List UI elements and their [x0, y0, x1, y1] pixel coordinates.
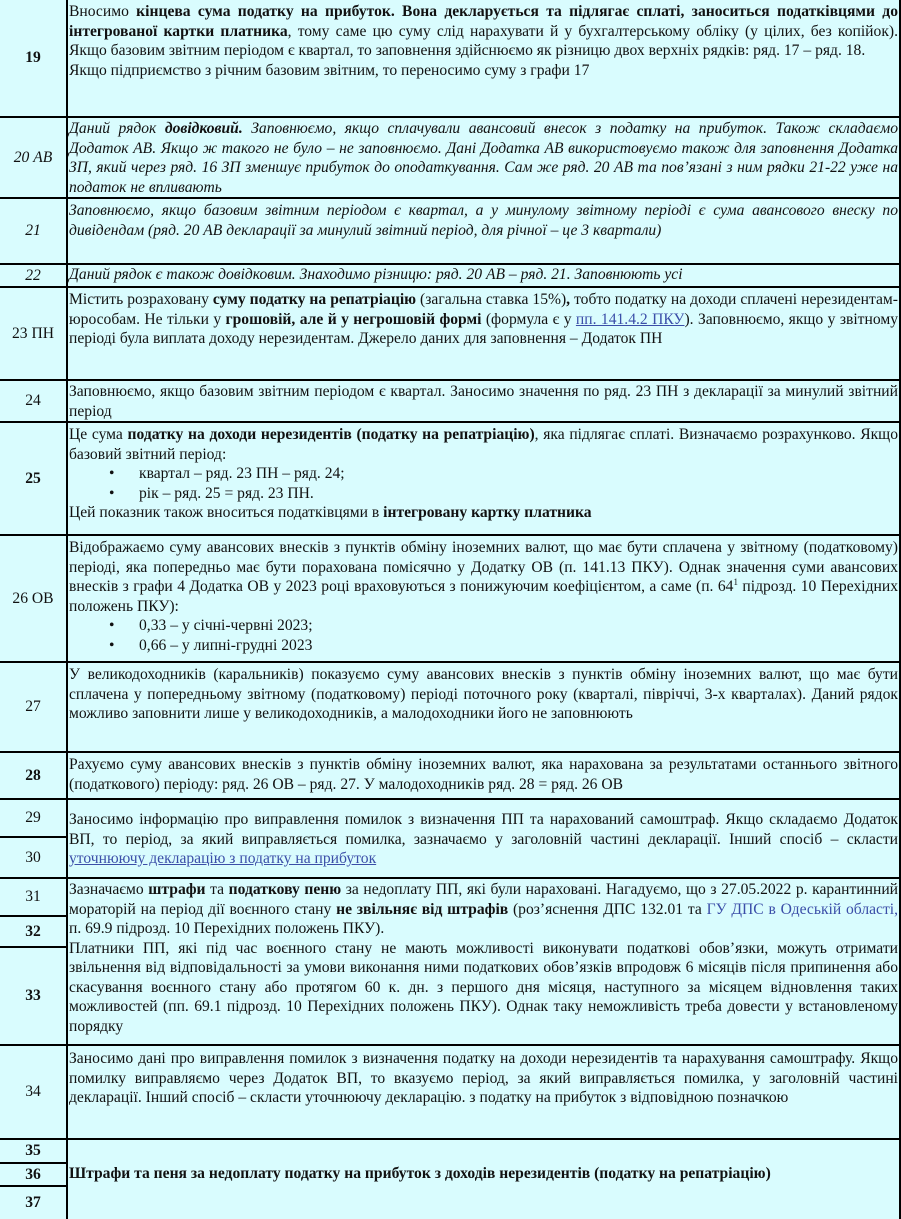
row-number-30: 30: [0, 838, 66, 877]
text: п. 69.9 підрозд. 10 Перехідних положень …: [69, 920, 384, 937]
text: Платники ПП, які під час воєнного стану …: [69, 939, 898, 1037]
row-number-37: 37: [0, 1187, 66, 1219]
text: (загальна ставка 15%): [416, 291, 566, 308]
tax-declaration-rows-table: 19 Вносимо кінцева сума податку на прибу…: [0, 0, 901, 1219]
row-description: Містить розраховану суму податку на репа…: [69, 290, 898, 349]
row-number: 28: [0, 753, 66, 798]
row-number-33: 33: [0, 948, 66, 1044]
clarifying-declaration-link[interactable]: уточнюючу декларацію з податку на прибут…: [69, 850, 376, 867]
row-number: 25: [0, 423, 66, 534]
column-divider: [66, 0, 68, 1219]
emphasis-text: довідковий.: [165, 120, 243, 137]
table-row-28: 28 Рахуємо суму авансових внесків з пунк…: [0, 753, 901, 800]
bullet-item: рік – ряд. 25 = ряд. 23 ПН.: [119, 484, 898, 504]
table-row-24: 24 Заповнюємо, якщо базовим звітним пері…: [0, 381, 901, 423]
row-number: 26 ОВ: [0, 536, 66, 661]
bullet-list: 0,33 – у січні-червні 2023; 0,66 – у лип…: [69, 616, 898, 655]
table-row-19: 19 Вносимо кінцева сума податку на прибу…: [0, 0, 901, 118]
row-description: Даний рядок є також довідковим. Знаходим…: [69, 265, 898, 285]
text: Вносимо: [69, 3, 136, 20]
row-description: У великодоходників (каральників) показує…: [69, 665, 898, 724]
table-row-27: 27 У великодоходників (каральників) пока…: [0, 663, 901, 753]
row-description: Штрафи та пеня за недоплату податку на п…: [69, 1164, 898, 1184]
row-description: Заносимо інформацію про виправлення поми…: [69, 810, 898, 869]
table-row-23-pn: 23 ПН Містить розраховану суму податку н…: [0, 288, 901, 381]
text: та: [206, 881, 229, 898]
row-number-29: 29: [0, 800, 66, 838]
emphasis-text: суму податку на репатріацію: [213, 291, 416, 308]
table-row-29-30: 29 30 Заносимо інформацію про виправленн…: [0, 800, 901, 879]
row-description: Вносимо кінцева сума податку на прибуток…: [69, 2, 898, 80]
text: Зазначаємо: [69, 881, 148, 898]
emphasis-text: податкову пеню: [229, 881, 342, 898]
table-row-25: 25 Це сума податку на доходи нерезиденті…: [0, 423, 901, 536]
emphasis-text: інтегровану картку платника: [383, 504, 591, 521]
row-number: 34: [0, 1046, 66, 1138]
row-number: 20 АВ: [0, 118, 66, 197]
text: (формула є у: [481, 311, 575, 328]
emphasis-text: не звільняє від штрафів: [336, 901, 508, 918]
row-number-32: 32: [0, 917, 66, 948]
row-number: 24: [0, 381, 66, 421]
text: Це сума: [69, 426, 128, 443]
table-row-22: 22 Даний рядок є також довідковим. Знахо…: [0, 265, 901, 288]
text: (роз’яснення ДПС 132.01 та: [508, 901, 706, 918]
section-heading: Штрафи та пеня за недоплату податку на п…: [69, 1165, 771, 1182]
tax-office-link[interactable]: ГУ ДПС в Одеській області,: [707, 901, 898, 918]
row-number: 22: [0, 265, 66, 286]
table-row-20-av: 20 АВ Даний рядок довідковий. Заповнюємо…: [0, 118, 901, 199]
row-number: 19: [0, 0, 66, 116]
text: Заносимо інформацію про виправлення поми…: [69, 811, 898, 848]
emphasis-text: штрафи: [148, 881, 205, 898]
row-description: Заповнюємо, якщо базовим звітним періодо…: [69, 201, 898, 240]
table-row-21: 21 Заповнюємо, якщо базовим звітним пері…: [0, 199, 901, 265]
bullet-item: квартал – ряд. 23 ПН – ряд. 24;: [119, 464, 898, 484]
bullet-item: 0,66 – у липні-грудні 2023: [119, 636, 898, 656]
text: Цей показник також вноситься податківцям…: [69, 504, 383, 521]
row-description: Заповнюємо, якщо базовим звітним періодо…: [69, 382, 898, 421]
row-number: 27: [0, 663, 66, 751]
table-row-31-33: 31 32 33 Зазначаємо штрафи та податкову …: [0, 879, 901, 1046]
row-number-36: 36: [0, 1164, 66, 1187]
emphasis-text: податку на доходи нерезидентів (податку …: [128, 426, 535, 443]
table-row-34: 34 Заносимо дані про виправлення помилок…: [0, 1046, 901, 1140]
text: Містить розраховану: [69, 291, 213, 308]
row-description: Відображаємо суму авансових внесків з пу…: [69, 538, 898, 655]
row-number: 23 ПН: [0, 288, 66, 379]
table-row-26-ov: 26 ОВ Відображаємо суму авансових внескі…: [0, 536, 901, 663]
row-description: Даний рядок довідковий. Заповнюємо, якщо…: [69, 119, 898, 197]
text: Якщо підприємство з річним базовим звітн…: [69, 61, 898, 81]
row-number-31: 31: [0, 879, 66, 917]
tax-code-link[interactable]: пп. 141.4.2 ПКУ: [576, 311, 685, 328]
emphasis-text: грошовій, але й у негрошовій формі: [226, 311, 482, 328]
bullet-item: 0,33 – у січні-червні 2023;: [119, 616, 898, 636]
table-row-35-37: 35 36 37 Штрафи та пеня за недоплату под…: [0, 1140, 901, 1219]
bullet-list: квартал – ряд. 23 ПН – ряд. 24; рік – ря…: [69, 464, 898, 503]
row-number-35: 35: [0, 1140, 66, 1164]
row-description: Заносимо дані про виправлення помилок з …: [69, 1049, 898, 1108]
text: Даний рядок: [69, 120, 165, 137]
row-number: 21: [0, 199, 66, 263]
row-description: Це сума податку на доходи нерезидентів (…: [69, 425, 898, 523]
row-description: Рахуємо суму авансових внесків з пунктів…: [69, 755, 898, 794]
row-description: Зазначаємо штрафи та податкову пеню за н…: [69, 880, 898, 1036]
